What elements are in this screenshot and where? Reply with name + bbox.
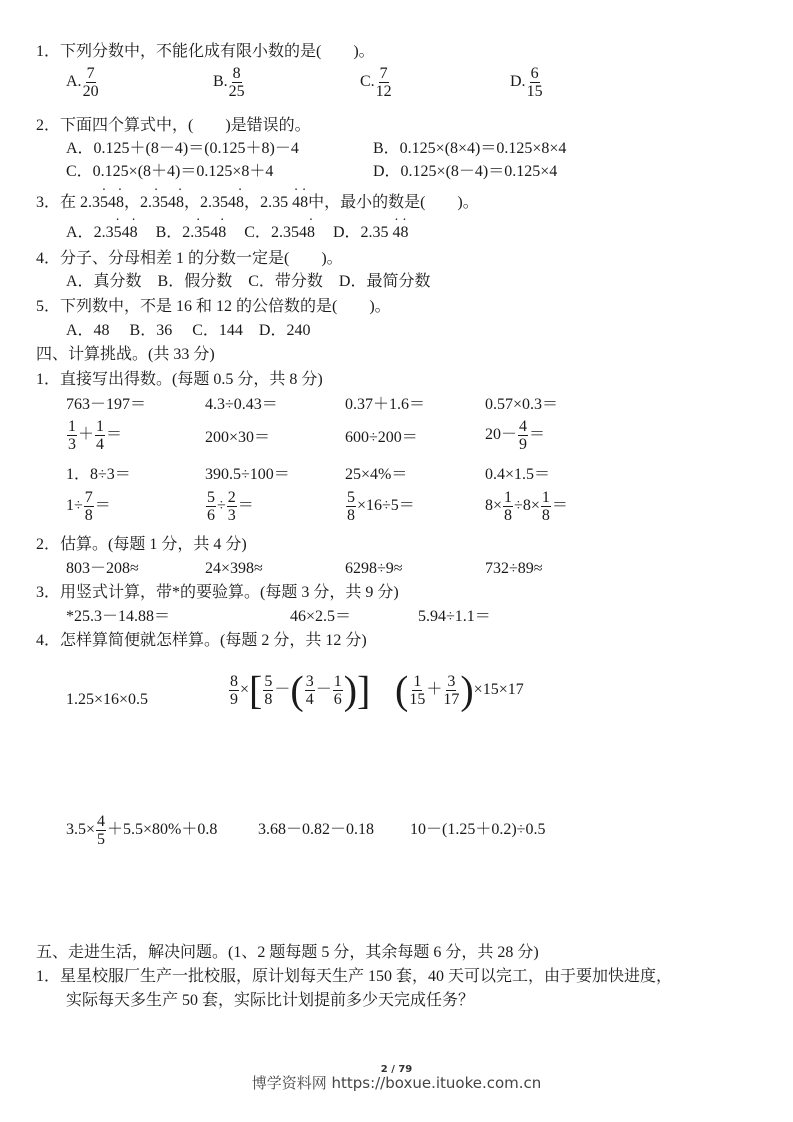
fraction: 712 xyxy=(376,65,392,100)
question-5-stem: 5．下列数中，不是 16 和 12 的公倍数的是( )。 xyxy=(36,297,391,317)
q2-option-a: A．0.125＋(8－4)＝(0.125＋8)－4 xyxy=(66,139,299,159)
fraction: 720 xyxy=(83,65,99,100)
fraction: 825 xyxy=(229,65,245,100)
calc-item: 1．8÷3＝ xyxy=(66,465,131,485)
q1-option-b: B.825 xyxy=(213,65,246,100)
q2-option-b: B．0.125×(8×4)＝0.125×8×4 xyxy=(373,139,566,159)
calc-item: 200×30＝ xyxy=(205,428,270,448)
repeating-decimal: 2.35 48 xyxy=(260,194,308,211)
calc-item: 13＋14＝ xyxy=(66,418,122,453)
question-2-stem: 2．下面四个算式中，( )是错误的。 xyxy=(36,116,311,136)
calc-item: 0.37＋1.6＝ xyxy=(345,395,425,415)
q5-options: A．48 B．36 C．144 D．240 xyxy=(66,321,310,341)
question-4-stem: 4．分子、分母相差 1 的分数一定是( )。 xyxy=(36,249,343,269)
simplify-item: 89×[58－(34－16)] xyxy=(228,660,370,720)
calc-item: 763－197＝ xyxy=(66,395,146,415)
q2-option-c: C．0.125×(8＋4)＝0.125×8＋4 xyxy=(66,162,273,182)
vertical-calc-item: *25.3－14.88＝ xyxy=(66,607,170,627)
simplify-item: 1.25×16×0.5 xyxy=(66,690,148,710)
simplify-item: 10－(1.25＋0.2)÷0.5 xyxy=(410,820,545,840)
calc-item: 8×18÷8×18＝ xyxy=(485,489,568,524)
calc-item: 0.57×0.3＝ xyxy=(485,395,558,415)
simplify-item: (115＋317)×15×17 xyxy=(395,660,524,720)
problem-1-line-1: 1．星星校服厂生产一批校服，原计划每天生产 150 套，40 天可以完工，由于要… xyxy=(36,967,672,987)
q1-option-c: C.712 xyxy=(360,65,393,100)
vertical-calc-item: 5.94÷1.1＝ xyxy=(418,607,491,627)
q4-options: A．真分数 B．假分数 C．带分数 D．最简分数 xyxy=(66,272,430,292)
calc-item: 1÷78＝ xyxy=(66,489,111,524)
estimate-item: 803－208≈ xyxy=(66,559,139,579)
section-4-title: 四、计算挑战。(共 33 分) xyxy=(36,345,215,365)
calc-item: 4.3÷0.43＝ xyxy=(205,395,278,415)
problem-1-line-2: 实际每天多生产 50 套，实际比计划提前多少天完成任务？ xyxy=(66,991,474,1011)
repeating-decimal: 2.3548 xyxy=(182,224,226,241)
calc-item: 390.5÷100＝ xyxy=(205,465,290,485)
simplify-item: 3.5×45＋5.5×80%＋0.8 xyxy=(66,813,217,848)
repeating-decimal: 2.3548 xyxy=(94,224,138,241)
part-3-title: 3．用竖式计算，带*的要验算。(每题 3 分，共 9 分) xyxy=(36,583,399,603)
calc-item: 0.4×1.5＝ xyxy=(485,465,550,485)
repeating-decimal: 2.3548 xyxy=(140,194,184,211)
repeating-decimal: 2.3548 xyxy=(200,194,244,211)
question-1-stem: 1．下列分数中，不能化成有限小数的是( )。 xyxy=(36,42,375,62)
fraction: 615 xyxy=(527,65,543,100)
part-1-title: 1．直接写出得数。(每题 0.5 分，共 8 分) xyxy=(36,370,323,390)
estimate-item: 24×398≈ xyxy=(205,559,263,579)
q1-option-d: D.615 xyxy=(510,65,544,100)
simplify-item: 3.68－0.82－0.18 xyxy=(258,820,374,840)
part-4-title: 4．怎样算简便就怎样算。(每题 2 分，共 12 分) xyxy=(36,631,367,651)
calc-item: 56÷23＝ xyxy=(205,489,254,524)
q2-option-d: D．0.125×(8－4)＝0.125×4 xyxy=(373,162,557,182)
repeating-decimal: 2.3548 xyxy=(80,194,124,211)
calc-item: 25×4%＝ xyxy=(345,465,407,485)
vertical-calc-item: 46×2.5＝ xyxy=(290,607,351,627)
part-2-title: 2．估算。(每题 1 分，共 4 分) xyxy=(36,535,247,555)
calc-item: 600÷200＝ xyxy=(345,428,418,448)
q1-option-a: A.720 xyxy=(66,65,100,100)
section-5-title: 五、走进生活，解决问题。(1、2 题每题 5 分，其余每题 6 分，共 28 分… xyxy=(36,943,539,963)
calc-item: 20－49＝ xyxy=(485,418,545,453)
repeating-decimal: 2.3548 xyxy=(271,224,315,241)
q3-options: A．2.3548 B．2.3548 C．2.3548 D．2.35 48 xyxy=(66,223,409,243)
estimate-item: 732÷89≈ xyxy=(485,559,543,579)
question-3-stem: 3．在 2.3548，2.3548，2.3548，2.35 48中，最小的数是(… xyxy=(36,193,479,213)
watermark-site: 博学资料网 https://boxue.ituoke.com.cn xyxy=(0,1072,793,1093)
calc-item: 58×16÷5＝ xyxy=(345,489,415,524)
estimate-item: 6298÷9≈ xyxy=(345,559,403,579)
repeating-decimal: 2.35 48 xyxy=(361,224,409,241)
